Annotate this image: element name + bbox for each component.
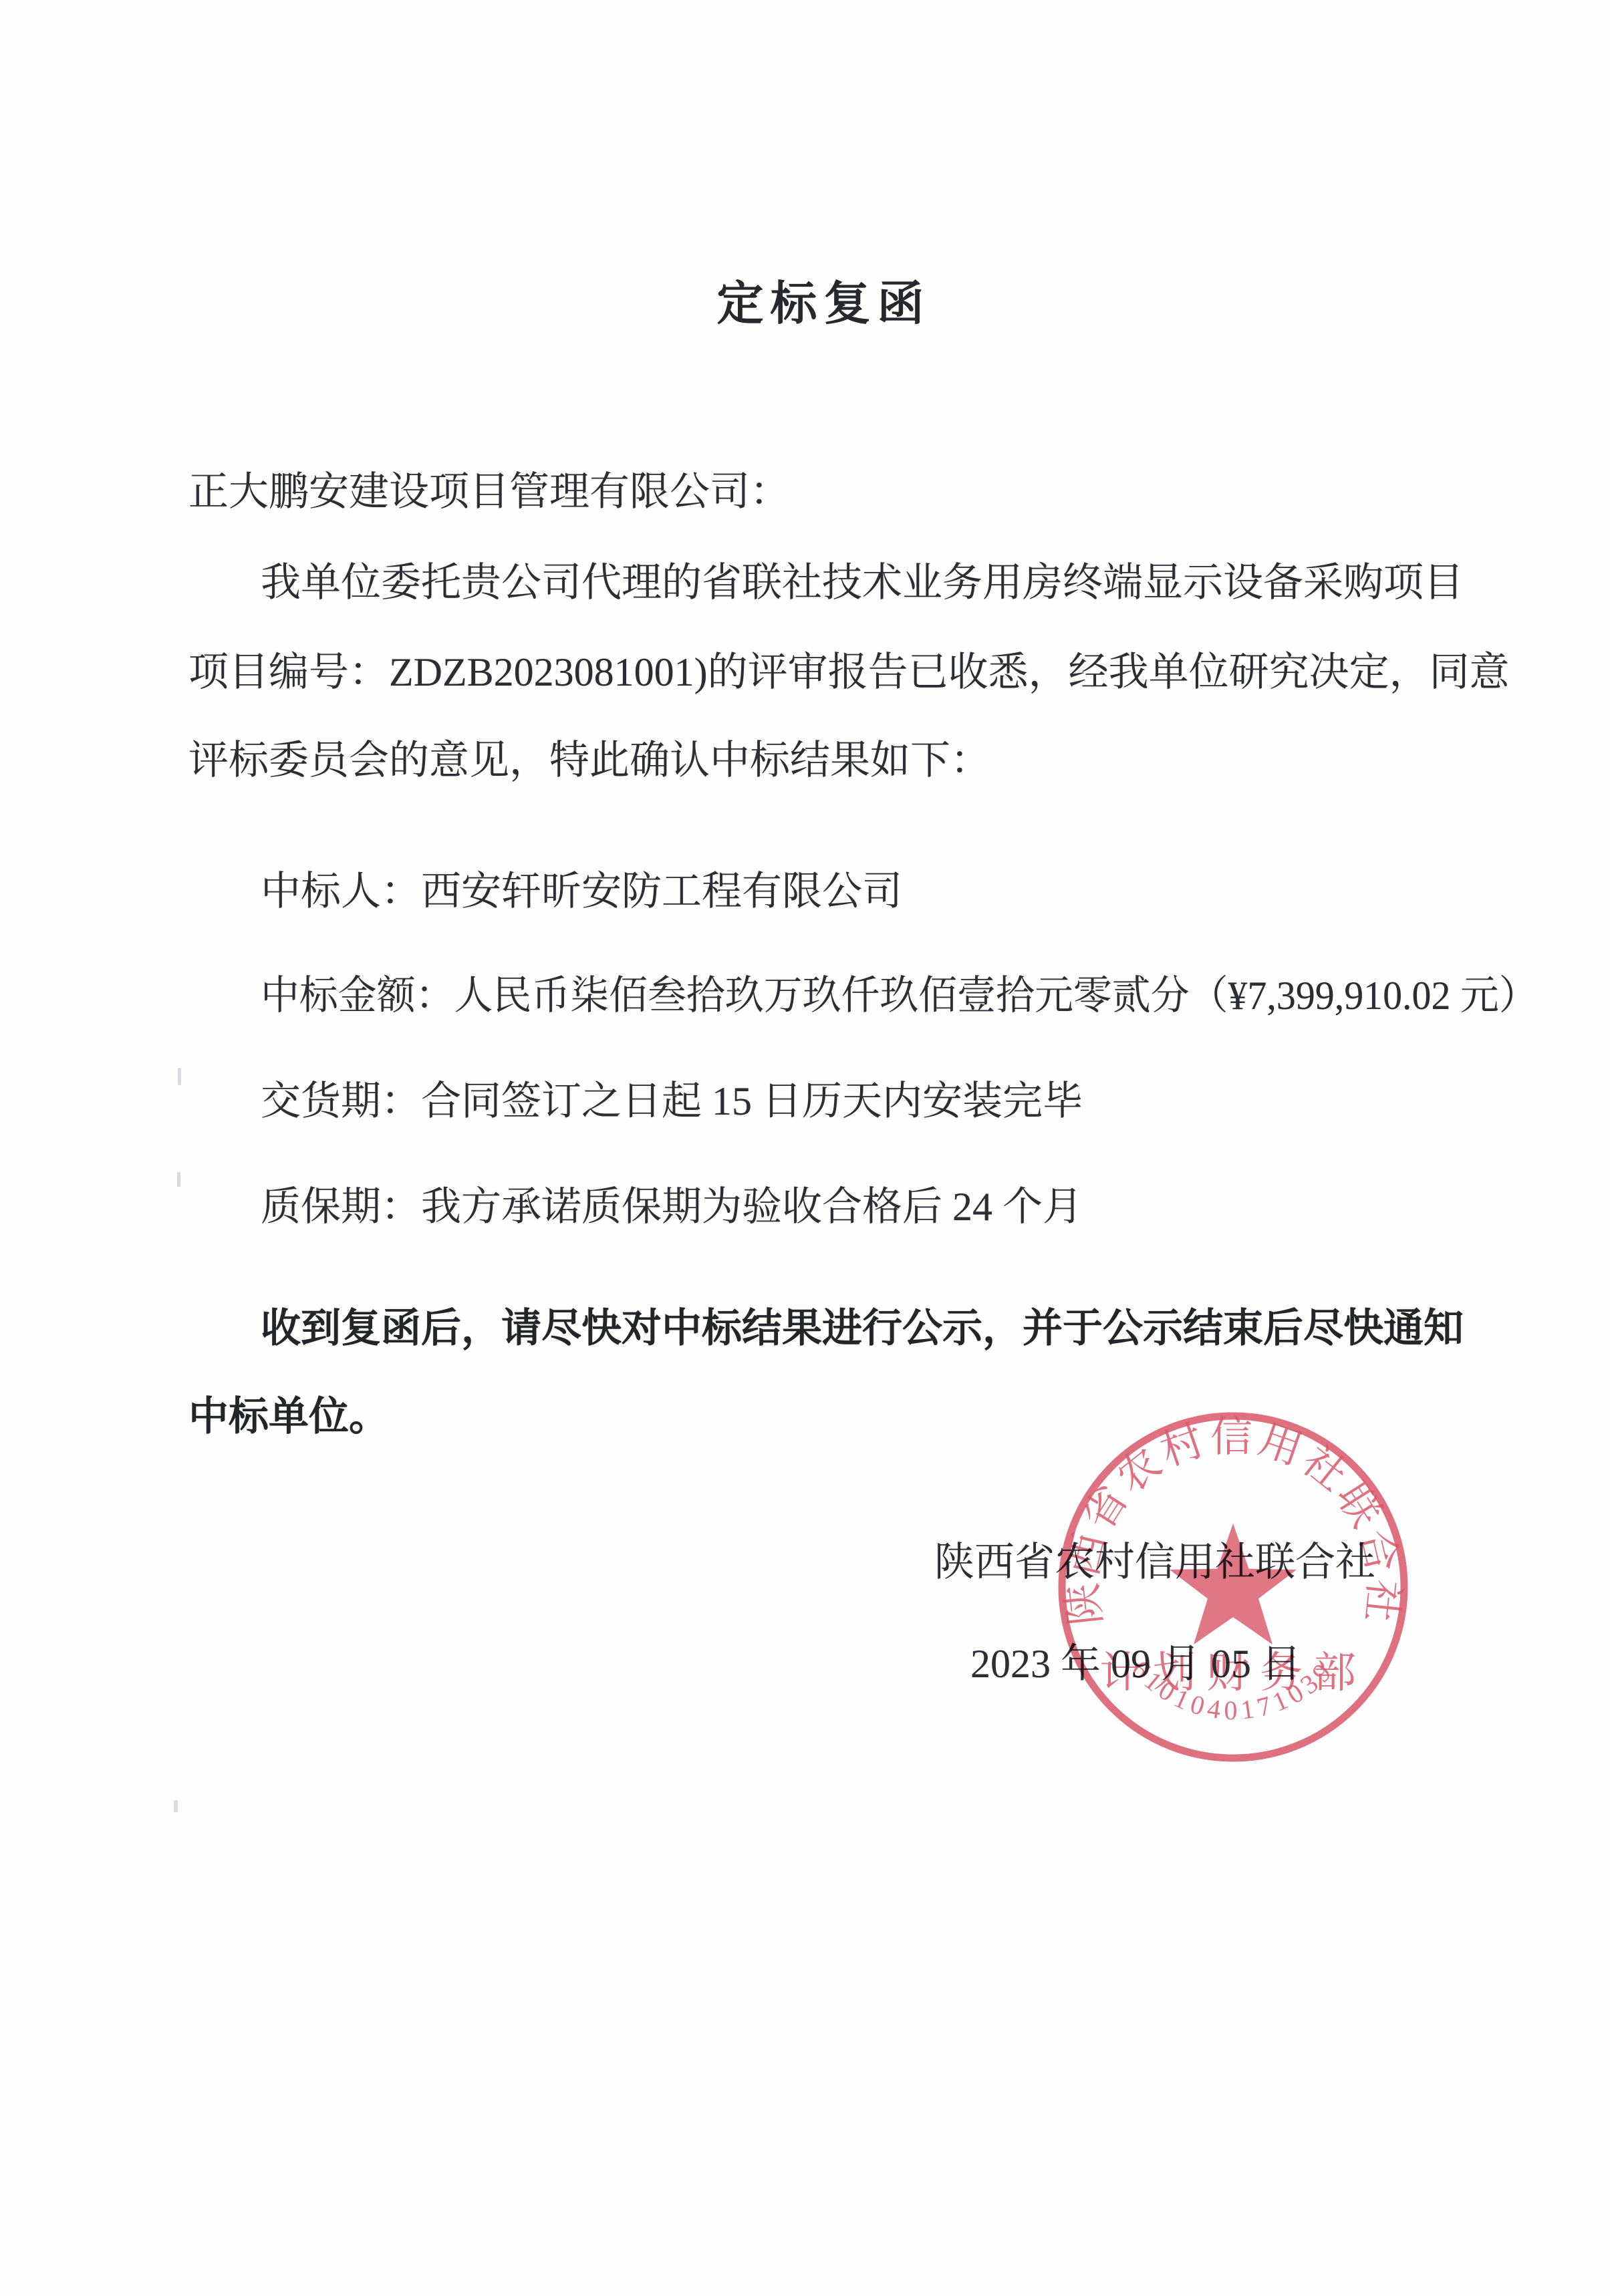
award-winner-line: 中标人：西安轩昕安防工程有限公司	[261, 859, 902, 917]
salutation: 正大鹏安建设项目管理有限公司：	[188, 460, 790, 517]
scan-speck-3	[174, 1800, 178, 1812]
closing-line-1: 收到复函后，请尽快对中标结果进行公示，并于公示结束后尽快通知	[261, 1296, 1464, 1354]
scan-speck-1	[178, 1068, 181, 1085]
body-paragraph-line-3: 评标委员会的意见，特此确认中标结果如下：	[188, 728, 990, 786]
scanned-letter-page: 定标复函 正大鹏安建设项目管理有限公司： 我单位委托贵公司代理的省联社技术业务用…	[0, 0, 1610, 2296]
award-amount-line: 中标金额：人民币柒佰叁拾玖万玖仟玖佰壹拾元零贰分（¥7,399,910.02 元…	[261, 964, 1538, 1021]
document-title: 定标复函	[19, 266, 1610, 333]
warranty-period-line: 质保期：我方承诺质保期为验收合格后 24 个月	[261, 1175, 1083, 1232]
scan-speck-2	[177, 1172, 180, 1187]
official-seal: 陕西省农村信用社联合社 计划财务部 6101040171039	[1046, 1400, 1420, 1774]
body-paragraph-line-2: 项目编号：ZDZB2023081001)的评审报告已收悉，经我单位研究决定，同意	[188, 640, 1510, 698]
closing-line-2: 中标单位。	[188, 1385, 389, 1442]
body-paragraph-line-1: 我单位委托贵公司代理的省联社技术业务用房终端显示设备采购项目	[261, 551, 1464, 608]
seal-star-icon	[1170, 1524, 1297, 1644]
delivery-period-line: 交货期：合同签订之日起 15 日历天内安装完毕	[261, 1069, 1083, 1127]
